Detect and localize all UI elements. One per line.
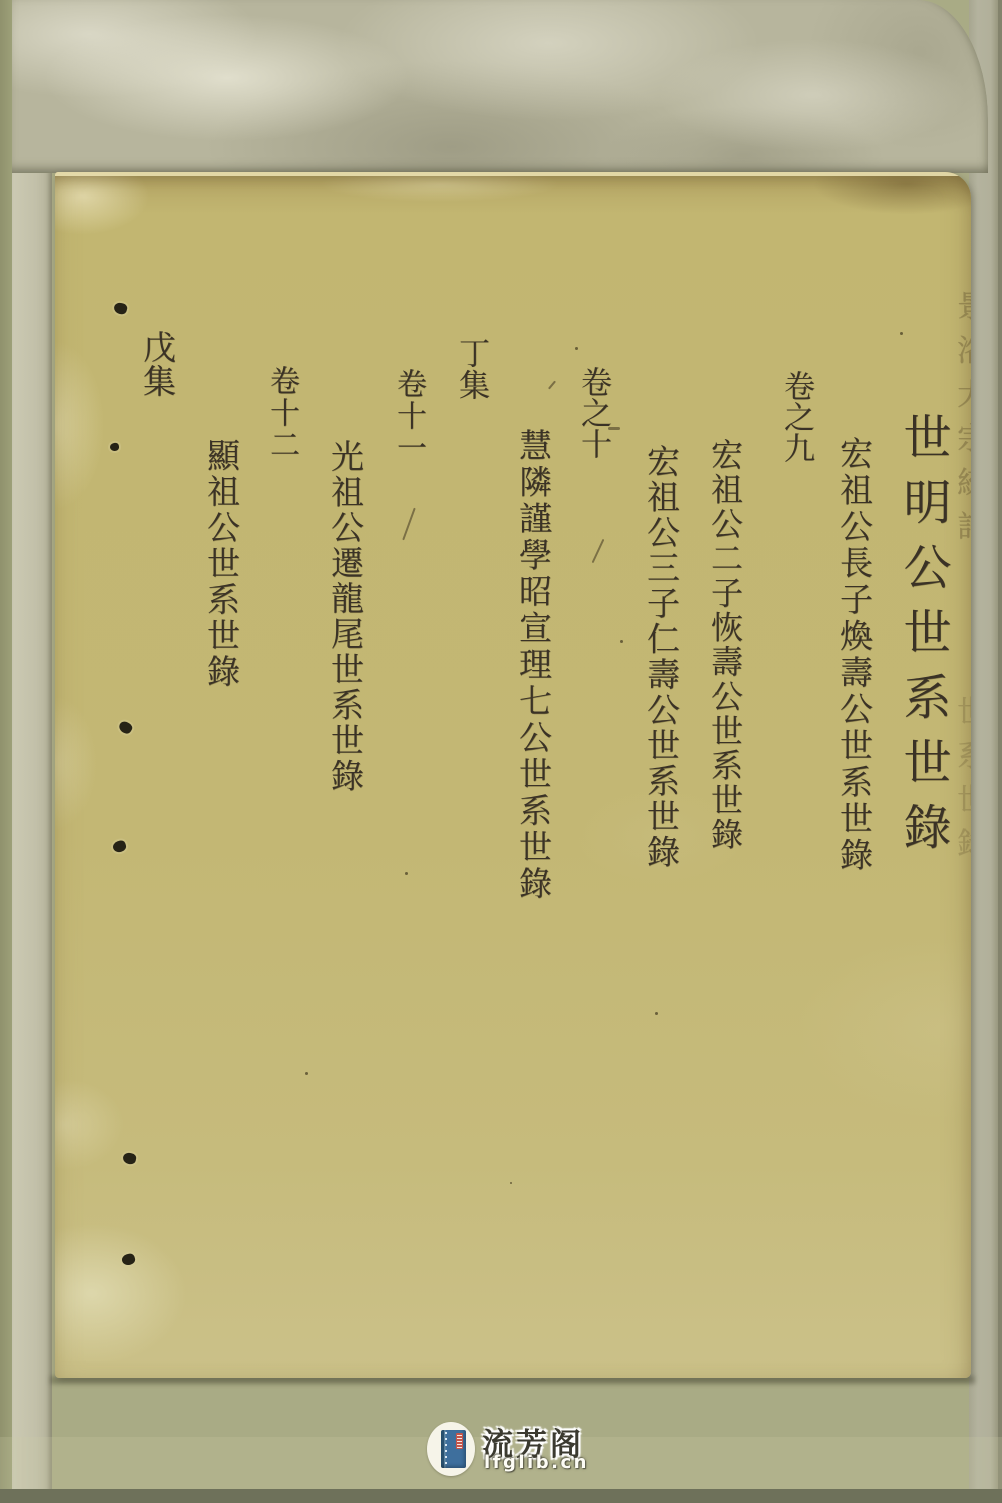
binding-hole <box>112 839 128 854</box>
backing-right-strip <box>969 0 998 1503</box>
binding-hole <box>117 719 134 735</box>
text-column-record-huanshou: 宏祖公長子煥壽公世系世錄 <box>838 436 871 874</box>
text-column-record-huilin: 慧隣謹學昭宣理七公世系世錄 <box>517 428 550 903</box>
stray-tick-mark <box>548 381 556 390</box>
scanned-manuscript-screenshot: { "document": { "kind": "handwritten gen… <box>0 0 1002 1503</box>
book-stitches-icon <box>445 1432 447 1466</box>
backing-left-strip <box>12 0 52 1503</box>
mount-bottom-edge <box>0 1489 1002 1503</box>
text-column-volume-9: 卷之九 <box>780 370 811 463</box>
binding-hole <box>109 442 119 451</box>
ink-speck <box>510 1182 512 1184</box>
manuscript-page: 景洛大宗統記 世系世錄 世明公世系世錄 宏祖公長子煥壽公世系世錄 卷之九 宏祖公… <box>55 172 971 1378</box>
watermark-logo-circle <box>427 1422 475 1476</box>
binding-hole <box>121 1253 136 1267</box>
edge-title-fragment-top: 景洛大宗統記 <box>953 290 971 554</box>
text-column-record-renshou: 宏祖公三子仁壽公世系世錄 <box>645 444 678 870</box>
edge-title-fragment-bottom: 世系世錄 <box>953 695 971 871</box>
ink-speck <box>900 332 903 335</box>
text-column-record-shiming: 世明公世系世錄 <box>899 412 947 867</box>
text-column-volume-12: 卷十二 <box>266 365 296 461</box>
text-column-section-ding: 丁集 <box>455 337 486 401</box>
page-top-edge-highlight <box>55 172 971 176</box>
stray-slash-mark <box>402 508 416 541</box>
ink-speck <box>305 1072 308 1075</box>
text-column-record-xianzu: 顯祖公世系世錄 <box>205 438 238 690</box>
text-column-record-guangzu: 光祖公遷龍尾世系世錄 <box>329 439 362 794</box>
binding-hole <box>122 1152 137 1165</box>
text-column-record-huishou: 宏祖公二子恢壽公世系世錄 <box>709 438 741 852</box>
stray-dash-mark <box>608 427 620 430</box>
ink-speck <box>655 1012 658 1015</box>
mount-right-edge <box>998 0 1002 1503</box>
binding-hole <box>113 302 128 316</box>
watermark: 流芳阁 lfglib.cn <box>424 1417 604 1483</box>
text-column-volume-11: 卷十一 <box>393 368 423 464</box>
ink-speck <box>620 640 623 643</box>
text-column-volume-10: 卷之十 <box>577 366 608 459</box>
ink-speck <box>715 692 719 695</box>
ink-speck <box>405 872 408 875</box>
stray-slash-mark <box>592 539 605 563</box>
ink-speck <box>575 347 578 350</box>
watermark-site-url: lfglib.cn <box>484 1452 589 1473</box>
book-title-label-icon <box>456 1433 463 1449</box>
book-icon <box>441 1430 466 1468</box>
mount-left-edge <box>0 0 12 1503</box>
text-column-section-wu: 戊集 <box>141 330 174 398</box>
backing-paper-top <box>12 0 988 173</box>
